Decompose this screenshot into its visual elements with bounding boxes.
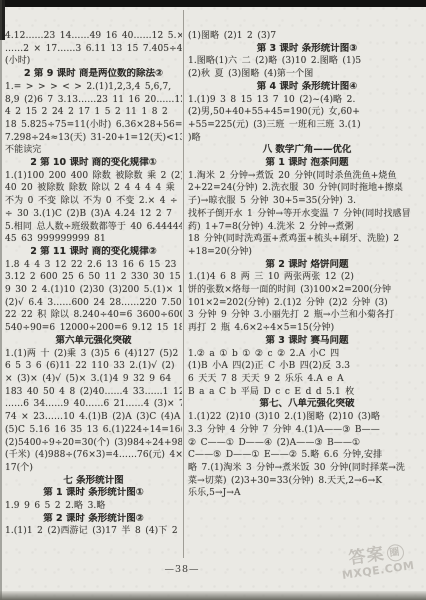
answer-line: 4 2 15 2 24 2 17 1 5 2 11 1 8 2 bbox=[5, 106, 182, 119]
answer-line: 1.淘米 2 分钟→煮饭 20 分钟(同时杀鱼洗鱼+烧鱼 bbox=[188, 170, 426, 183]
answer-line: 183 40 50 4 8 (2)40……4 33……1 12 bbox=[5, 386, 182, 399]
answer-line: +18=20(分钟) bbox=[188, 246, 426, 259]
section-heading: 2 第 9 课时 商是两位数的除法② bbox=[5, 68, 182, 81]
answer-line: 略 7.(1)淘米 3 分钟→煮米饭 30 分钟(同时择菜→洗 bbox=[188, 462, 426, 475]
answer-line: (1)B 小A 四(2)正 C 小B 四(2)反 3.3 bbox=[188, 360, 426, 373]
section-heading: 第七、八单元强化突破 bbox=[188, 398, 426, 411]
answer-line: 不为 0 不变 除以 不为 0 不变 2.× 4 ÷ 2 bbox=[5, 195, 182, 208]
section-heading: 第 2 课时 烙饼问题 bbox=[188, 259, 426, 272]
answer-line: (2)秋 夏 (3)图略 (4)第一个图 bbox=[188, 68, 426, 81]
answers-column-right: (1)图略 (2)1 2 (3)7第 3 课时 条形统计图③1.图略(1)六 二… bbox=[188, 30, 426, 500]
answer-line: 药) 1+7=8(分钟) 4.洗米 2 分钟→煮粥 bbox=[188, 221, 426, 234]
answer-line: 101×2=202(分钟) 2.(1)2 分钟 (2)2 分钟 (3) bbox=[188, 297, 426, 310]
answer-line: ……6 34……9 40……6 21……4 (3)× 7.…… bbox=[5, 398, 182, 411]
answer-line: (2)男,50+40+55+45=190(元) 女,60+ bbox=[188, 106, 426, 119]
answer-line: 2+22=24(分钟) 2.洗衣服 30 分钟(同时拖地+擦桌 bbox=[188, 182, 426, 195]
answers-column-left: 4.12……23 14……49 16 40……12 5.× 30……2 × 17… bbox=[5, 30, 182, 538]
answer-line: 1.(1)9 3 8 15 13 7 10 (2)~(4)略 2. bbox=[188, 94, 426, 107]
answer-line: 再打 2 瓶 4.6×2÷4×5=15(分钟) bbox=[188, 322, 426, 335]
answer-line: ② C——① D——④ (2)A——③ B——① bbox=[188, 437, 426, 450]
answer-line: 4.12……23 14……49 16 40……12 5.× 30 bbox=[5, 30, 182, 43]
answer-line: 1.② a ① b ① ② c ② 2.A 小C 四 bbox=[188, 348, 426, 361]
answer-line: 1.(1)4 6 8 两 三 10 两张两张 12 (2) bbox=[188, 271, 426, 284]
answer-line: 1.(1)22 (2)10 (3)10 2.(1)图略 (2)10 (3)略 bbox=[188, 411, 426, 424]
answer-line: 6 5 3 6 (6)11 22 110 33 2.(1)√ (2) bbox=[5, 360, 182, 373]
section-heading: 第 2 课时 条形统计图② bbox=[5, 513, 182, 526]
section-heading: 2 第 11 课时 商的变化规律② bbox=[5, 246, 182, 259]
section-heading: 第 3 课时 条形统计图③ bbox=[188, 43, 426, 56]
answer-line: 18 5.825÷75=11(小时) 6.36×28+56=18(天) bbox=[5, 119, 182, 132]
answer-line: 3.12 2 600 25 6 50 11 2 330 30 15 9 bbox=[5, 271, 182, 284]
answer-line: 6 天天 7 8 天天 9 2 乐乐 4.A e A bbox=[188, 373, 426, 386]
answer-line: 8,9 (2)6 7 3.13……23 11 16 20……12 4.3 bbox=[5, 94, 182, 107]
answer-line: 3.3 分钟 4 分钟 7 分钟 4.(1)A——③ B—— bbox=[188, 424, 426, 437]
answer-line: 1.8 4 4 3 12 22 2.6 13 16 6 15 23 bbox=[5, 259, 182, 272]
answer-line: 74 × 23……10 4.(1)B (2)A (3)C (4)A bbox=[5, 411, 182, 424]
section-heading: 第 4 课时 条形统计图④ bbox=[188, 81, 426, 94]
page-content: 4.12……23 14……49 16 40……12 5.× 30……2 × 17… bbox=[0, 0, 426, 600]
answer-line: +55=225(元) (3)三班 一班和三班 3.(1) bbox=[188, 119, 426, 132]
answer-line: × (3)× (4)√ (5)× 3.(1)4 9 32 9 64 bbox=[5, 373, 182, 386]
answer-line: 17(个) bbox=[5, 462, 182, 475]
answer-line: 540÷90=6 12000÷200=6 9.12 15 18 bbox=[5, 322, 182, 335]
answer-line: 1.图略(1)六 二 (2)略 (3)10 2.图略 (1)5 bbox=[188, 55, 426, 68]
answer-line: )略 bbox=[188, 132, 426, 145]
answer-line: 菜→切菜) (2)3+30=33(分钟) 8.天天,2→6→K bbox=[188, 475, 426, 488]
answer-line: ÷ 30 3.(1)C (2)B (3)A 4.24 12 2 7 bbox=[5, 208, 182, 221]
answer-line: B a a C b 平局 D c c E d d 5.1 枚 bbox=[188, 386, 426, 399]
answer-line: 1.(1)100 200 400 除数 被除数 乘 2 (2)8 bbox=[5, 170, 182, 183]
answer-line: 22 22 积 除以 8.240÷40=6 3600÷600=6 bbox=[5, 309, 182, 322]
answer-line: 7.298÷24≈13(天) 31-20+1=12(天)<13 天, bbox=[5, 132, 182, 145]
scan-bottom-edge bbox=[0, 591, 426, 600]
answer-line: 饼的张数×烙每一面的时间 (3)100×2=200(分钟 bbox=[188, 284, 426, 297]
answer-line: (5)C 5.16 16 35 13 6.(1)224÷14=16(名) bbox=[5, 424, 182, 437]
answer-line: 5.相同 总人数÷班级数都等于 40 6.444444444 bbox=[5, 221, 182, 234]
scanned-answer-page: 4.12……23 14……49 16 40……12 5.× 30……2 × 17… bbox=[0, 0, 426, 600]
section-heading: 七 条形统计图 bbox=[5, 475, 182, 488]
answer-line: (1)图略 (2)1 2 (3)7 bbox=[188, 30, 426, 43]
answer-line: 1.9 9 6 5 2 2.略 3.略 bbox=[5, 500, 182, 513]
column-divider bbox=[183, 10, 184, 558]
answer-line: 1.(1)1 2 (2)西游记 (3)17 半 8 (4)下 2 bbox=[5, 525, 182, 538]
page-number: —38— bbox=[150, 564, 214, 575]
section-heading: 2 第 10 课时 商的变化规律① bbox=[5, 157, 182, 170]
answer-line: 3 分钟 9 分钟 3.小丽先打 2 瓶→小兰和小菊各打 bbox=[188, 309, 426, 322]
section-heading: 第 1 课时 泡茶问题 bbox=[188, 157, 426, 170]
answer-line: 9 30 2 4.(1)10 (2)30 (3)200 5.(1)× 16 bbox=[5, 284, 182, 297]
answer-line: 子)→晾衣服 5 分钟 30+5=35(分钟) 3. bbox=[188, 195, 426, 208]
section-heading: 第 3 课时 赛马问题 bbox=[188, 335, 426, 348]
answer-line: (小时) bbox=[5, 55, 182, 68]
answer-line: 1.= > > > < > 2.(1)1,2,3,4 5,6,7, bbox=[5, 81, 182, 94]
answer-line: (千米) (4)988÷(76×3)=4……76(元) 4×4+1= bbox=[5, 449, 182, 462]
answer-line: 找杯子倒开水 1 分钟→等开水变温 7 分钟(同时找感冒 bbox=[188, 208, 426, 221]
section-heading: 第六单元强化突破 bbox=[5, 335, 182, 348]
section-heading: 第 1 课时 条形统计图① bbox=[5, 487, 182, 500]
answer-line: (2)√ 6.4 3……600 24 28……220 7.50 50 bbox=[5, 297, 182, 310]
answer-line: C——⑤ D——① E——② 5.略 6.6 分钟,安排 bbox=[188, 449, 426, 462]
answer-line: (2)5400÷9÷20=30(个) (3)984÷24+984=1025 bbox=[5, 437, 182, 450]
answer-line: 18 分钟(同时洗鸡蛋+煮鸡蛋+梳头+刷牙、洗脸) 2 bbox=[188, 233, 426, 246]
answer-line: 40 20 被除数 除数 除以 2 4 4 4 4 乘 bbox=[5, 182, 182, 195]
answer-line: 1.(1)两 十 (2)乘 3 (3)5 6 (4)127 (5)2 bbox=[5, 348, 182, 361]
answer-line: 不能读完 bbox=[5, 144, 182, 157]
answer-line: 45 63 999999999 81 bbox=[5, 233, 182, 246]
answer-line: 乐乐,5→J→A bbox=[188, 487, 426, 500]
section-heading: 八 数学广角——优化 bbox=[188, 144, 426, 157]
answer-line: ……2 × 17……3 6.11 13 15 7.405÷45=9 bbox=[5, 43, 182, 56]
